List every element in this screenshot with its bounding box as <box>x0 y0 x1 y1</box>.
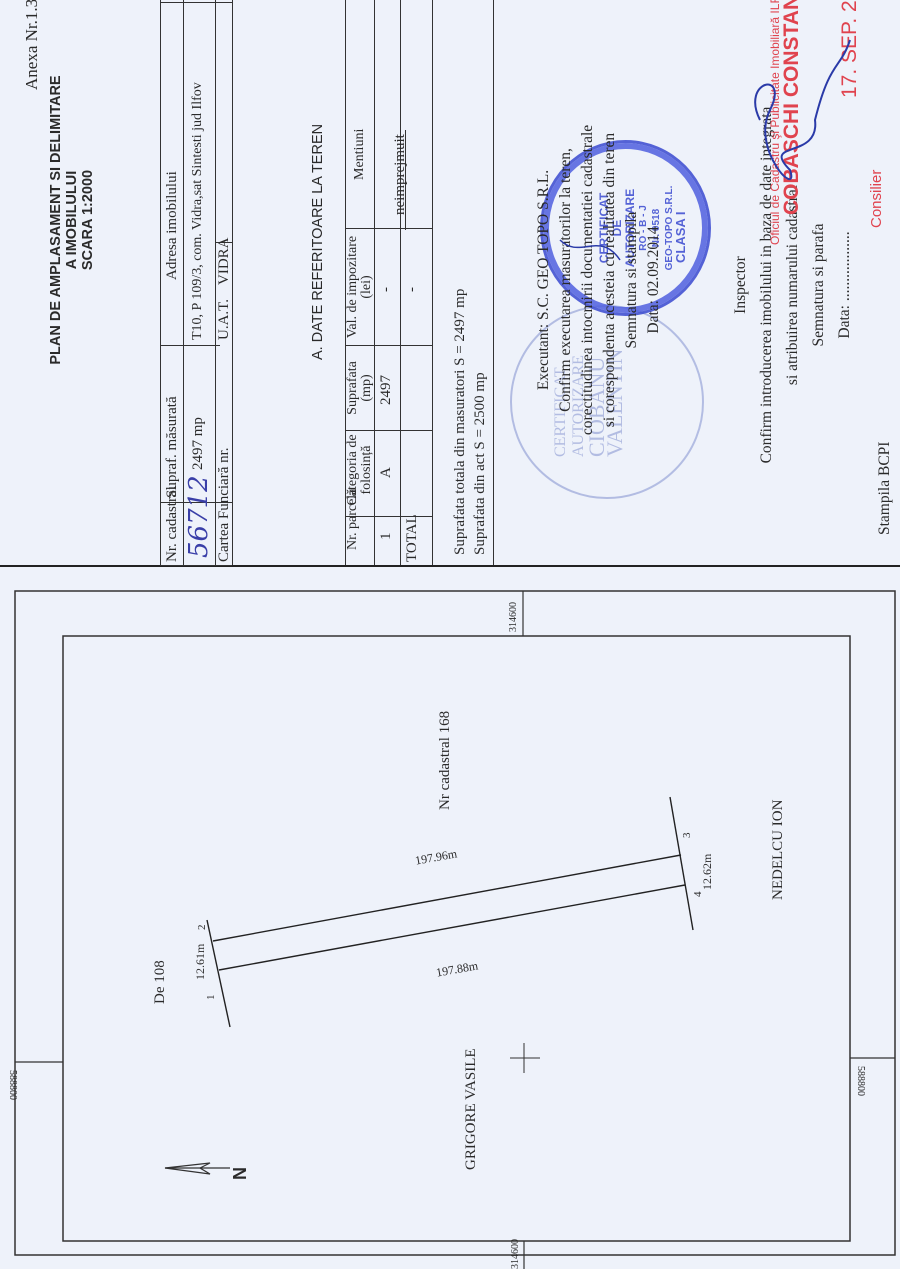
north-arrow-icon: N <box>230 1167 251 1180</box>
coord-left: 588800 <box>7 1070 18 1100</box>
neighbor-west: De 108 <box>152 960 169 1004</box>
point-2: 2 <box>196 925 208 931</box>
neighbor-north: Nr cadastral 168 <box>437 711 454 810</box>
coord-top: 314600 <box>508 602 519 632</box>
point-4: 4 <box>692 892 704 898</box>
point-1: 1 <box>205 995 217 1001</box>
point-3: 3 <box>681 833 693 839</box>
neighbor-east: NEDELCU ION <box>770 800 787 900</box>
cadastral-map <box>0 0 900 1269</box>
side-length-1-2: 12.61m <box>193 944 208 980</box>
side-length-3-4: 12.62m <box>700 854 715 890</box>
neighbor-south: GRIGORE VASILE <box>463 1048 480 1170</box>
coord-bottom: 314600 <box>510 1239 521 1269</box>
coord-right: 588800 <box>855 1066 866 1096</box>
